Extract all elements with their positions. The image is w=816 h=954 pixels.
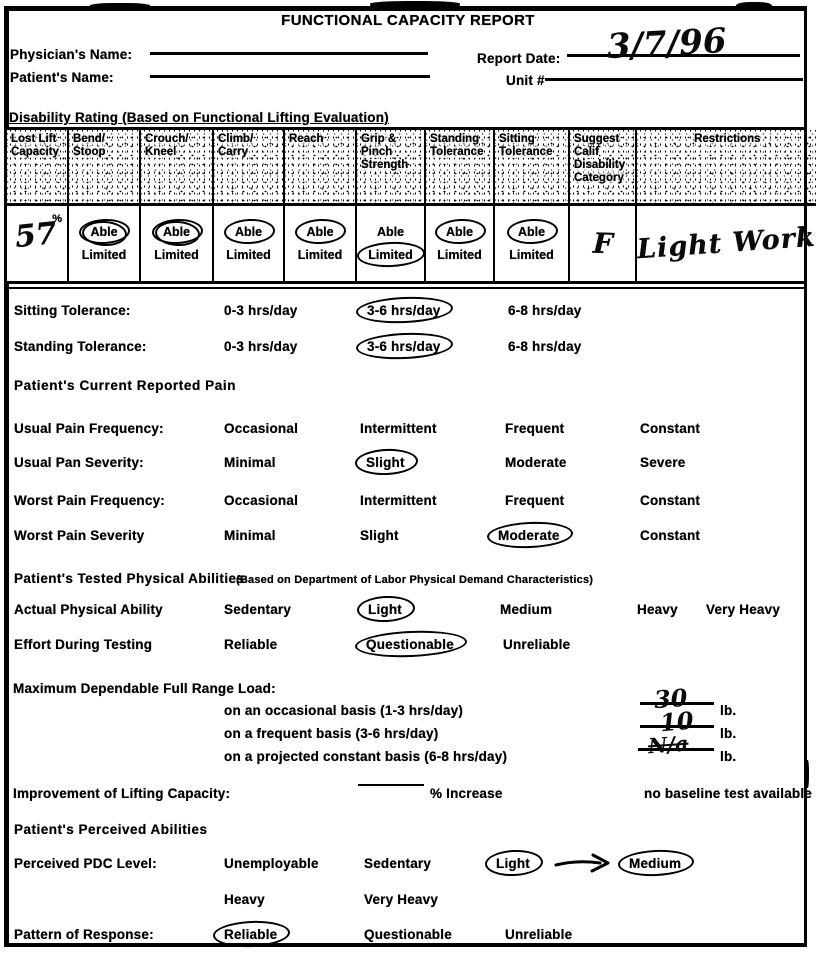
limited-option: Limited	[368, 248, 412, 262]
option: Heavy	[637, 602, 678, 617]
cell-disability-category: F	[570, 206, 637, 281]
option-circled: Reliable	[224, 927, 277, 942]
column-header-label: Suggest Calif Disability Category	[574, 133, 625, 184]
column-header-sitting-tolerance: Sitting Tolerance	[495, 130, 570, 206]
option: Sedentary	[224, 602, 291, 617]
able-option: Able	[90, 225, 117, 239]
column-header-grip-pinch-strength: Grip & Pinch Strength	[357, 130, 426, 206]
option-circled: Questionable	[366, 637, 454, 652]
option: Minimal	[224, 528, 276, 543]
option: 6-8 hrs/day	[508, 339, 581, 354]
column-header-label: Reach	[289, 133, 324, 145]
column-header-label: Crouch/ Kneel	[145, 133, 188, 158]
option: Constant	[640, 421, 700, 436]
option: 6-8 hrs/day	[508, 303, 581, 318]
actual-physical-ability-label: Actual Physical Ability	[14, 602, 163, 617]
option: Severe	[640, 455, 686, 470]
patient-name-label: Patient's Name:	[10, 70, 114, 85]
load-row-label: on an occasional basis (1-3 hrs/day)	[224, 703, 463, 718]
tested-physical-abilities-heading: Patient's Tested Physical Abilities	[14, 571, 244, 586]
option-circled: Light	[368, 602, 402, 617]
report-date-label: Report Date:	[477, 51, 560, 66]
option: Minimal	[224, 455, 276, 470]
column-header-label: Standing Tolerance	[430, 133, 483, 158]
perceived-pdc-label: Perceived PDC Level:	[14, 856, 157, 871]
able-option: Able	[235, 225, 262, 239]
cell-reach: Able Limited	[285, 206, 357, 281]
column-header-label: Bend/ Stoop	[73, 133, 106, 158]
improvement-blank-line	[358, 784, 424, 786]
column-header-restrictions: Restrictions	[637, 130, 816, 206]
functional-capacity-report-document: FUNCTIONAL CAPACITY REPORT Physician's N…	[0, 0, 816, 954]
improvement-label: Improvement of Lifting Capacity:	[13, 786, 230, 801]
usual-pain-severity-label: Usual Pan Severity:	[14, 455, 144, 470]
cell-crouch-kneel: Able Limited	[141, 206, 214, 281]
option-circled: 3-6 hrs/day	[367, 339, 440, 354]
load-unit: lb.	[720, 749, 736, 764]
disability-rating-heading: Disability Rating (Based on Functional L…	[9, 110, 389, 125]
option-circled: 3-6 hrs/day	[367, 303, 440, 318]
option: 0-3 hrs/day	[224, 339, 297, 354]
column-header-standing-tolerance: Standing Tolerance	[426, 130, 495, 206]
scan-artifact	[370, 1, 460, 8]
option: Very Heavy	[706, 602, 780, 617]
worst-pain-severity-label: Worst Pain Severity	[14, 528, 144, 543]
worst-pain-frequency-label: Worst Pain Frequency:	[14, 493, 165, 508]
cell-bend-stoop: Able Limited	[69, 206, 141, 281]
column-header-climb-carry: Climb/ Carry	[214, 130, 285, 206]
option-circled: Moderate	[498, 528, 560, 543]
able-option: Able	[446, 225, 473, 239]
able-option: Able	[377, 225, 404, 239]
load-row-label: on a projected constant basis (6-8 hrs/d…	[224, 749, 507, 764]
option: Frequent	[505, 421, 564, 436]
option: Unreliable	[503, 637, 570, 652]
option: Very Heavy	[364, 892, 438, 907]
scan-artifact	[736, 2, 772, 11]
usual-pain-frequency-label: Usual Pain Frequency:	[14, 421, 164, 436]
max-load-heading: Maximum Dependable Full Range Load:	[13, 681, 276, 696]
option-circled: Medium	[629, 856, 681, 871]
cell-sitting-tolerance: Able Limited	[495, 206, 570, 281]
able-option: Able	[163, 225, 190, 239]
option: Heavy	[224, 892, 265, 907]
unit-number-line	[545, 78, 803, 81]
current-reported-pain-heading: Patient's Current Reported Pain	[14, 378, 236, 393]
category-handwritten-value: F	[592, 227, 613, 261]
load-unit: lb.	[720, 703, 736, 718]
option: Questionable	[364, 927, 452, 942]
column-header-label: Climb/ Carry	[218, 133, 253, 158]
limited-option: Limited	[154, 248, 198, 262]
column-header-label: Grip & Pinch Strength	[361, 133, 408, 171]
column-header-lost-lift-capacity: Lost Lift Capacity	[7, 130, 69, 206]
option: Unemployable	[224, 856, 319, 871]
sitting-tolerance-label: Sitting Tolerance:	[14, 303, 131, 318]
option: Unreliable	[505, 927, 572, 942]
able-option: Able	[518, 225, 545, 239]
cell-lost-lift-capacity: 57 %	[7, 206, 69, 281]
restrictions-handwritten-value: Light Work	[636, 222, 816, 265]
able-option: Able	[306, 225, 333, 239]
limited-option: Limited	[298, 248, 342, 262]
tested-heading-note: (Based on Department of Labor Physical D…	[236, 574, 593, 586]
physician-name-label: Physician's Name:	[10, 47, 132, 62]
load-unit: lb.	[720, 726, 736, 741]
option: Moderate	[505, 455, 567, 470]
report-date-handwritten-value: 3/7/96	[606, 21, 727, 67]
pattern-of-response-label: Pattern of Response:	[14, 927, 154, 942]
patient-name-line	[150, 75, 430, 78]
limited-option: Limited	[82, 248, 126, 262]
cell-grip-pinch-strength: Able Limited	[357, 206, 426, 281]
option: Constant	[640, 493, 700, 508]
scan-artifact	[90, 3, 150, 9]
scan-artifact	[806, 760, 809, 788]
option: Constant	[640, 528, 700, 543]
column-header-crouch-kneel: Crouch/ Kneel	[141, 130, 214, 206]
standing-tolerance-label: Standing Tolerance:	[14, 339, 147, 354]
no-baseline-note: no baseline test available	[644, 786, 812, 801]
option: Slight	[360, 528, 399, 543]
column-header-reach: Reach	[285, 130, 357, 206]
limited-option: Limited	[437, 248, 481, 262]
unit-number-label: Unit #	[506, 73, 545, 88]
arrow-icon	[552, 851, 614, 875]
cell-restrictions: Light Work	[637, 206, 816, 281]
column-header-suggest-calif-disability-category: Suggest Calif Disability Category	[570, 130, 637, 206]
improvement-suffix: % Increase	[430, 786, 503, 801]
cell-standing-tolerance: Able Limited	[426, 206, 495, 281]
option-circled: Slight	[366, 455, 405, 470]
physician-name-line	[150, 52, 428, 55]
option: Occasional	[224, 493, 298, 508]
option: 0-3 hrs/day	[224, 303, 297, 318]
option: Medium	[500, 602, 552, 617]
option: Frequent	[505, 493, 564, 508]
option: Sedentary	[364, 856, 431, 871]
disability-rating-table: Lost Lift Capacity Bend/ Stoop Crouch/ K…	[4, 127, 807, 284]
option: Occasional	[224, 421, 298, 436]
percent-sign: %	[52, 213, 62, 225]
section-divider	[4, 287, 807, 289]
column-header-label: Lost Lift Capacity	[11, 133, 59, 158]
option: Intermittent	[360, 493, 437, 508]
column-header-label: Sitting Tolerance	[499, 133, 552, 158]
option: Intermittent	[360, 421, 437, 436]
perceived-abilities-heading: Patient's Perceived Abilities	[14, 822, 208, 837]
option: Reliable	[224, 637, 277, 652]
limited-option: Limited	[226, 248, 270, 262]
limited-option: Limited	[509, 248, 553, 262]
column-header-label: Restrictions	[694, 133, 760, 145]
column-header-bend-stoop: Bend/ Stoop	[69, 130, 141, 206]
load-row-label: on a frequent basis (3-6 hrs/day)	[224, 726, 438, 741]
load-handwritten-value: N/a	[647, 731, 689, 759]
cell-climb-carry: Able Limited	[214, 206, 285, 281]
effort-during-testing-label: Effort During Testing	[14, 637, 152, 652]
option-circled: Light	[496, 856, 530, 871]
